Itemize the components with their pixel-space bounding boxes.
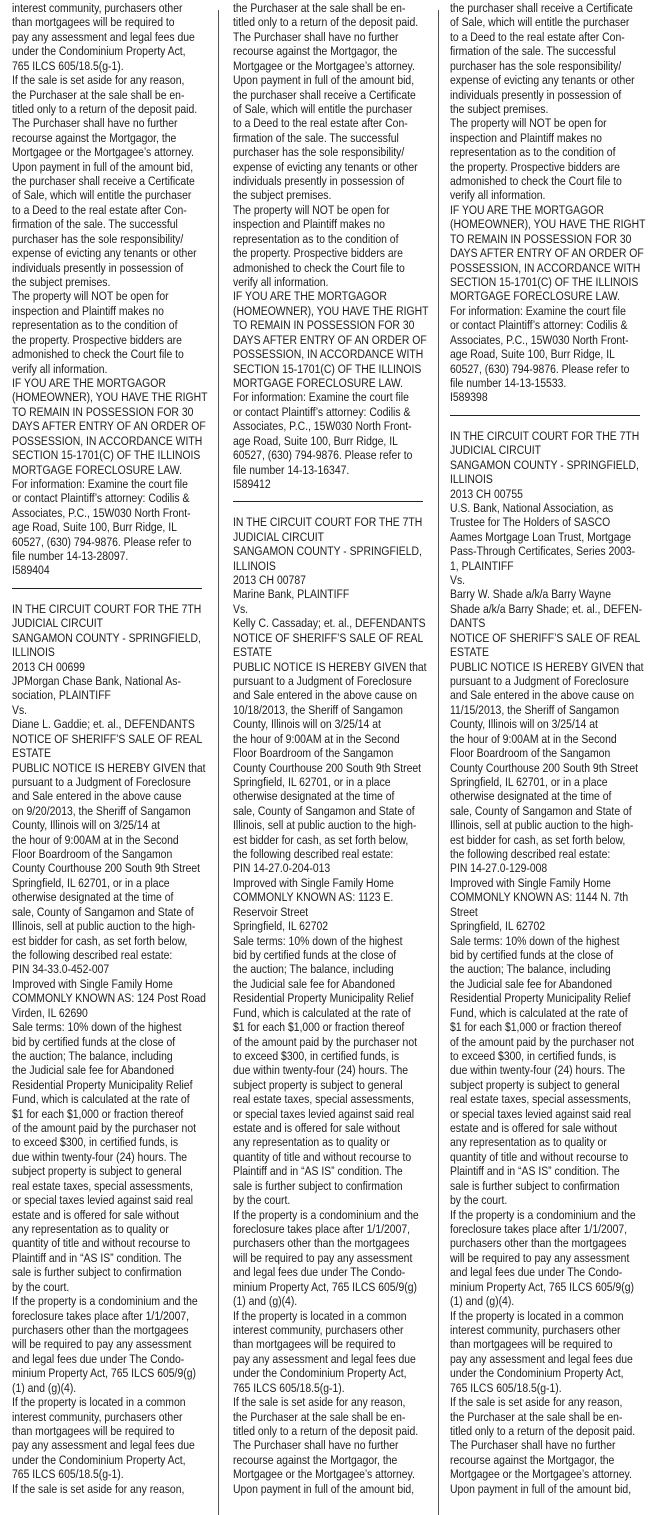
notice-text-line: under the Condominium Property Act, <box>233 1366 405 1380</box>
notice-text-line: Upon payment in full of the amount bid, <box>233 73 405 87</box>
notice-text-line: of Sale, which will entitle the purchase… <box>233 102 405 116</box>
notice-text-line: will be required to pay any assessment <box>450 1251 620 1265</box>
notice-text-line: bid by certified funds at the close of <box>12 1035 184 1049</box>
notice-text-line: est bidder for cash, as set forth below, <box>450 833 620 847</box>
notice-text-line: U.S. Bank, National Association, as <box>450 501 620 515</box>
notice-text-line: POSSESSION, IN ACCORDANCE WITH <box>233 347 405 361</box>
notice-text-line: to a Deed to the real estate after Con- <box>450 30 620 44</box>
notice-text-line: 765 ILCS 605/18.5(g-1). <box>12 1467 184 1481</box>
notice-text-line: the Purchaser at the sale shall be en- <box>233 1 405 15</box>
notice-text-line: Plaintiff and in “AS IS” condition. The <box>233 1164 405 1178</box>
notice-text-line: under the Condominium Property Act, <box>12 1453 184 1467</box>
notice-text-line: I589398 <box>450 390 620 404</box>
notice-text-line: The Purchaser shall have no further <box>233 30 405 44</box>
notice-text-line: individuals presently in possession of <box>12 261 184 275</box>
notice-text-line: County Courthouse 200 South 9th Street <box>12 861 184 875</box>
notice-text-line: recourse against the Mortgagor, the <box>12 131 184 145</box>
notice-text-line: of the amount paid by the purchaser not <box>233 1035 405 1049</box>
notice-text-line: real estate taxes, special assessments, <box>450 1092 620 1106</box>
legal-notices-page: interest community, purchasers otherthan… <box>0 0 652 1515</box>
notice-text-line: pay any assessment and legal fees due <box>233 1352 405 1366</box>
notice-text-line: Associates, P.C., 15W030 North Front- <box>12 506 184 520</box>
notice-text-line: NOTICE OF SHERIFF’S SALE OF REAL <box>450 631 620 645</box>
notice-text-line: quantity of title and without recourse t… <box>12 1236 184 1250</box>
legal-notice: IN THE CIRCUIT COURT FOR THE 7THJUDICIAL… <box>12 602 217 1496</box>
notice-text-line: and legal fees due under The Condo- <box>12 1352 184 1366</box>
notice-text-line: Floor Boardroom of the Sangamon <box>450 746 620 760</box>
notice-text-line: interest community, purchasers other <box>450 1323 620 1337</box>
notice-text-line: Fund, which is calculated at the rate of <box>12 1092 184 1106</box>
notice-text-line: to exceed $300, in certified funds, is <box>233 1049 405 1063</box>
notice-text-line: or contact Plaintiff’s attorney: Codilis… <box>450 318 620 332</box>
notice-text-line: Associates, P.C., 15W030 North Front- <box>450 333 620 347</box>
notice-text-line: Sale terms: 10% down of the highest <box>233 934 405 948</box>
column-3: the purchaser shall receive a Certificat… <box>450 0 652 1515</box>
notice-text-line: Residential Property Municipality Relief <box>450 991 620 1005</box>
notice-text-line: est bidder for cash, as set forth below, <box>233 833 405 847</box>
notice-text-line: under the Condominium Property Act, <box>12 44 184 58</box>
notice-text-line: JUDICIAL CIRCUIT <box>12 616 184 630</box>
notice-text-line: DAYS AFTER ENTRY OF AN ORDER OF <box>233 333 405 347</box>
notice-text-line: ILLINOIS <box>450 472 620 486</box>
notice-text-line: 2013 CH 00787 <box>233 573 405 587</box>
notice-text-line: MORTGAGE FORECLOSURE LAW. <box>12 463 184 477</box>
notice-text-line: PIN 34-33.0-452-007 <box>12 962 184 976</box>
legal-notice-continuation: interest community, purchasers otherthan… <box>12 1 217 578</box>
notice-text-line: County, Illinois will on 3/25/14 at <box>12 818 184 832</box>
notice-text-line: Illinois, sell at public auction to the … <box>450 818 620 832</box>
notice-text-line: titled only to a return of the deposit p… <box>12 102 184 116</box>
notice-text-line: quantity of title and without recourse t… <box>233 1150 405 1164</box>
legal-notice-continuation: the Purchaser at the sale shall be en-ti… <box>233 1 438 491</box>
notice-text-line: the Purchaser at the sale shall be en- <box>233 1410 405 1424</box>
notice-text-line: admonished to check the Court file to <box>12 347 184 361</box>
notice-text-line: DAYS AFTER ENTRY OF AN ORDER OF <box>12 419 184 433</box>
notice-text-line: sale, County of Sangamon and State of <box>233 804 405 818</box>
notice-text-line: subject property is subject to general <box>12 1164 184 1178</box>
notice-text-line: sale is further subject to confirmation <box>12 1265 184 1279</box>
notice-text-line: the auction; The balance, including <box>450 962 620 976</box>
notice-text-line: pay any assessment and legal fees due <box>12 30 184 44</box>
notice-text-line: For information: Examine the court file <box>450 304 620 318</box>
column-1: interest community, purchasers otherthan… <box>12 0 217 1515</box>
notice-text-line: pursuant to a Judgment of Foreclosure <box>12 775 184 789</box>
notice-text-line: purchaser has the sole responsibility/ <box>450 59 620 73</box>
notice-text-line: to exceed $300, in certified funds, is <box>12 1135 184 1149</box>
notice-text-line: IF YOU ARE THE MORTGAGOR <box>233 289 405 303</box>
notice-text-line: or contact Plaintiff’s attorney: Codilis… <box>233 405 405 419</box>
notice-text-line: NOTICE OF SHERIFF’S SALE OF REAL <box>12 732 184 746</box>
notice-text-line: If the sale is set aside for any reason, <box>12 1482 184 1496</box>
notice-text-line: PUBLIC NOTICE IS HEREBY GIVEN that <box>450 660 620 674</box>
notice-text-line: The Purchaser shall have no further <box>12 116 184 130</box>
column-2: the Purchaser at the sale shall be en-ti… <box>233 0 438 1515</box>
notice-text-line: the purchaser shall receive a Certificat… <box>233 88 405 102</box>
notice-text-line: purchaser has the sole responsibility/ <box>233 145 405 159</box>
notice-text-line: representation as to the condition of <box>450 145 620 159</box>
notice-text-line: IN THE CIRCUIT COURT FOR THE 7TH <box>12 602 184 616</box>
notice-text-line: otherwise designated at the time of <box>450 789 620 803</box>
notice-text-line: individuals presently in possession of <box>450 88 620 102</box>
notice-text-line: inspection and Plaintiff makes no <box>450 131 620 145</box>
notice-text-line: and Sale entered in the above cause <box>12 789 184 803</box>
notice-text-line: (HOMEOWNER), YOU HAVE THE RIGHT <box>233 304 405 318</box>
notice-text-line: due within twenty-four (24) hours. The <box>450 1063 620 1077</box>
notice-text-line: admonished to check the Court file to <box>233 261 405 275</box>
notice-text-line: Aames Mortgage Loan Trust, Mortgage <box>450 530 620 544</box>
notice-text-line: est bidder for cash, as set forth below, <box>12 934 184 948</box>
notice-text-line: firmation of the sale. The successful <box>450 44 620 58</box>
notice-text-line: DAYS AFTER ENTRY OF AN ORDER OF <box>450 246 620 260</box>
notice-text-line: ESTATE <box>450 645 620 659</box>
notice-text-line: I589404 <box>12 563 184 577</box>
notice-text-line: minium Property Act, 765 ILCS 605/9(g) <box>450 1280 620 1294</box>
notice-text-line: County, Illinois will on 3/25/14 at <box>450 717 620 731</box>
notice-text-line: Pass-Through Certificates, Series 2003- <box>450 544 620 558</box>
notice-text-line: recourse against the Mortgagor, the <box>450 1453 620 1467</box>
notice-text-line: age Road, Suite 100, Burr Ridge, IL <box>12 520 184 534</box>
notice-text-line: TO REMAIN IN POSSESSION FOR 30 <box>450 232 620 246</box>
notice-text-line: PUBLIC NOTICE IS HEREBY GIVEN that <box>12 761 184 775</box>
notice-text-line: sociation, PLAINTIFF <box>12 688 184 702</box>
notice-text-line: sale, County of Sangamon and State of <box>12 905 184 919</box>
notice-text-line: 60527, (630) 794-9876. Please refer to <box>450 362 620 376</box>
notice-text-line: and legal fees due under The Condo- <box>450 1265 620 1279</box>
notice-text-line: titled only to a return of the deposit p… <box>233 1424 405 1438</box>
notice-text-line: 765 ILCS 605/18.5(g-1). <box>450 1381 620 1395</box>
notice-text-line: otherwise designated at the time of <box>233 789 405 803</box>
notice-text-line: IN THE CIRCUIT COURT FOR THE 7TH <box>450 429 620 443</box>
notice-text-line: than mortgagees will be required to <box>233 1337 405 1351</box>
notice-text-line: SANGAMON COUNTY - SPRINGFIELD, <box>12 631 184 645</box>
notice-text-line: firmation of the sale. The successful <box>233 131 405 145</box>
notice-separator-rule <box>233 501 423 502</box>
notice-text-line: Springfield, IL 62702 <box>233 919 405 933</box>
notice-text-line: Virden, IL 62690 <box>12 1006 184 1020</box>
notice-text-line: Mortgagee or the Mortgagee’s attorney. <box>233 59 405 73</box>
notice-text-line: representation as to the condition of <box>233 232 405 246</box>
notice-text-line: will be required to pay any assessment <box>12 1337 184 1351</box>
notice-text-line: POSSESSION, IN ACCORDANCE WITH <box>12 434 184 448</box>
notice-text-line: by the court. <box>233 1193 405 1207</box>
notice-text-line: Upon payment in full of the amount bid, <box>12 160 184 174</box>
notice-text-line: by the court. <box>12 1280 184 1294</box>
notice-separator-rule <box>12 588 202 589</box>
notice-text-line: 10/18/2013, the Sheriff of Sangamon <box>233 703 405 717</box>
notice-text-line: Fund, which is calculated at the rate of <box>450 1006 620 1020</box>
notice-text-line: interest community, purchasers other <box>12 1410 184 1424</box>
notice-text-line: verify all information. <box>233 275 405 289</box>
notice-text-line: minium Property Act, 765 ILCS 605/9(g) <box>12 1366 184 1380</box>
notice-text-line: of Sale, which will entitle the purchase… <box>450 15 620 29</box>
notice-text-line: The property will NOT be open for <box>233 203 405 217</box>
notice-text-line: otherwise designated at the time of <box>12 890 184 904</box>
notice-text-line: If the property is located in a common <box>450 1309 620 1323</box>
notice-text-line: than mortgagees will be required to <box>12 1424 184 1438</box>
notice-text-line: the auction; The balance, including <box>233 962 405 976</box>
notice-text-line: any representation as to quality or <box>12 1222 184 1236</box>
notice-text-line: the Judicial sale fee for Abandoned <box>12 1063 184 1077</box>
notice-text-line: PIN 14-27.0-129-008 <box>450 861 620 875</box>
notice-text-line: due within twenty-four (24) hours. The <box>233 1063 405 1077</box>
notice-text-line: the purchaser shall receive a Certificat… <box>12 174 184 188</box>
notice-text-line: 2013 CH 00699 <box>12 660 184 674</box>
notice-text-line: under the Condominium Property Act, <box>450 1366 620 1380</box>
notice-text-line: ESTATE <box>12 746 184 760</box>
notice-text-line: Mortgagee or the Mortgagee’s attorney. <box>233 1467 405 1481</box>
notice-text-line: expense of evicting any tenants or other <box>450 73 620 87</box>
notice-text-line: Floor Boardroom of the Sangamon <box>12 847 184 861</box>
notice-text-line: the subject premises. <box>450 102 620 116</box>
notice-text-line: file number 14-13-15533. <box>450 376 620 390</box>
notice-text-line: $1 for each $1,000 or fraction thereof <box>233 1020 405 1034</box>
notice-text-line: of the amount paid by the purchaser not <box>450 1035 620 1049</box>
notice-text-line: 11/15/2013, the Sheriff of Sangamon <box>450 703 620 717</box>
notice-text-line: (HOMEOWNER), YOU HAVE THE RIGHT <box>450 217 620 231</box>
notice-text-line: (1) and (g)(4). <box>233 1294 405 1308</box>
notice-text-line: of Sale, which will entitle the purchase… <box>12 188 184 202</box>
notice-text-line: interest community, purchasers other <box>233 1323 405 1337</box>
notice-text-line: inspection and Plaintiff makes no <box>233 217 405 231</box>
notice-text-line: $1 for each $1,000 or fraction thereof <box>450 1020 620 1034</box>
notice-text-line: than mortgagees will be required to <box>450 1337 620 1351</box>
notice-text-line: purchaser has the sole responsibility/ <box>12 232 184 246</box>
notice-text-line: interest community, purchasers other <box>12 1 184 15</box>
notice-text-line: the property. Prospective bidders are <box>233 246 405 260</box>
notice-text-line: pursuant to a Judgment of Foreclosure <box>450 674 620 688</box>
notice-text-line: Vs. <box>450 573 620 587</box>
notice-text-line: If the property is located in a common <box>233 1309 405 1323</box>
notice-text-line: TO REMAIN IN POSSESSION FOR 30 <box>12 405 184 419</box>
notice-text-line: to a Deed to the real estate after Con- <box>233 116 405 130</box>
notice-text-line: the Purchaser at the sale shall be en- <box>450 1410 620 1424</box>
notice-text-line: titled only to a return of the deposit p… <box>450 1424 620 1438</box>
notice-text-line: Springfield, IL 62701, or in a place <box>233 775 405 789</box>
notice-text-line: or contact Plaintiff’s attorney: Codilis… <box>12 491 184 505</box>
notice-text-line: titled only to a return of the deposit p… <box>233 15 405 29</box>
notice-text-line: will be required to pay any assessment <box>233 1251 405 1265</box>
notice-text-line: County Courthouse 200 South 9th Street <box>233 761 405 775</box>
notice-text-line: 60527, (630) 794-9876. Please refer to <box>12 535 184 549</box>
notice-text-line: For information: Examine the court file <box>233 390 405 404</box>
notice-text-line: firmation of the sale. The successful <box>12 217 184 231</box>
column-divider <box>438 10 439 1515</box>
notice-text-line: Springfield, IL 62701, or in a place <box>450 775 620 789</box>
notice-text-line: the auction; The balance, including <box>12 1049 184 1063</box>
notice-text-line: Trustee for The Holders of SASCO <box>450 515 620 529</box>
notice-text-line: and legal fees due under The Condo- <box>233 1265 405 1279</box>
notice-text-line: Floor Boardroom of the Sangamon <box>233 746 405 760</box>
notice-text-line: I589412 <box>233 477 405 491</box>
notice-text-line: recourse against the Mortgagor, the <box>233 44 405 58</box>
notice-text-line: If the sale is set aside for any reason, <box>233 1395 405 1409</box>
notice-text-line: due within twenty-four (24) hours. The <box>12 1150 184 1164</box>
notice-text-line: any representation as to quality or <box>450 1135 620 1149</box>
notice-text-line: IF YOU ARE THE MORTGAGOR <box>12 376 184 390</box>
notice-text-line: subject property is subject to general <box>450 1078 620 1092</box>
notice-separator-rule <box>450 415 640 416</box>
notice-text-line: SECTION 15-1701(C) OF THE ILLINOIS <box>233 362 405 376</box>
notice-text-line: Improved with Single Family Home <box>233 876 405 890</box>
notice-text-line: the Purchaser at the sale shall be en- <box>12 88 184 102</box>
notice-text-line: Mortgagee or the Mortgagee’s attorney. <box>12 145 184 159</box>
notice-text-line: the following described real estate: <box>233 847 405 861</box>
notice-text-line: file number 14-13-16347. <box>233 463 405 477</box>
notice-text-line: COMMONLY KNOWN AS: 1123 E. <box>233 890 405 904</box>
notice-text-line: representation as to the condition of <box>12 318 184 332</box>
notice-text-line: age Road, Suite 100, Burr Ridge, IL <box>450 347 620 361</box>
notice-text-line: sale is further subject to confirmation <box>233 1179 405 1193</box>
notice-text-line: file number 14-13-28097. <box>12 549 184 563</box>
notice-text-line: the hour of 9:00AM at in the Second <box>12 833 184 847</box>
notice-text-line: Marine Bank, PLAINTIFF <box>233 587 405 601</box>
notice-text-line: individuals presently in possession of <box>233 174 405 188</box>
notice-text-line: sale, County of Sangamon and State of <box>450 804 620 818</box>
notice-text-line: ESTATE <box>233 645 405 659</box>
notice-text-line: minium Property Act, 765 ILCS 605/9(g) <box>233 1280 405 1294</box>
notice-text-line: verify all information. <box>12 362 184 376</box>
notice-text-line: If the property is a condominium and the <box>450 1208 620 1222</box>
notice-text-line: the property. Prospective bidders are <box>450 160 620 174</box>
notice-text-line: and Sale entered in the above cause on <box>450 688 620 702</box>
notice-text-line: Reservoir Street <box>233 905 405 919</box>
notice-text-line: recourse against the Mortgagor, the <box>233 1453 405 1467</box>
notice-text-line: SANGAMON COUNTY - SPRINGFIELD, <box>233 544 405 558</box>
notice-text-line: and Sale entered in the above cause on <box>233 688 405 702</box>
notice-text-line: Residential Property Municipality Relief <box>233 991 405 1005</box>
notice-text-line: sale is further subject to confirmation <box>450 1179 620 1193</box>
notice-text-line: the purchaser shall receive a Certificat… <box>450 1 620 15</box>
notice-text-line: If the property is located in a common <box>12 1395 184 1409</box>
notice-text-line: (HOMEOWNER), YOU HAVE THE RIGHT <box>12 390 184 404</box>
notice-text-line: Associates, P.C., 15W030 North Front- <box>233 419 405 433</box>
notice-text-line: foreclosure takes place after 1/1/2007, <box>233 1222 405 1236</box>
notice-text-line: DANTS <box>450 616 620 630</box>
notice-text-line: Plaintiff and in “AS IS” condition. The <box>12 1251 184 1265</box>
notice-text-line: 765 ILCS 605/18.5(g-1). <box>233 1381 405 1395</box>
notice-text-line: If the property is a condominium and the <box>233 1208 405 1222</box>
notice-text-line: Improved with Single Family Home <box>450 876 620 890</box>
notice-text-line: For information: Examine the court file <box>12 477 184 491</box>
legal-notice: IN THE CIRCUIT COURT FOR THE 7THJUDICIAL… <box>450 429 652 1496</box>
notice-text-line: Plaintiff and in “AS IS” condition. The <box>450 1164 620 1178</box>
notice-text-line: Illinois, sell at public auction to the … <box>233 818 405 832</box>
notice-text-line: County Courthouse 200 South 9th Street <box>450 761 620 775</box>
notice-text-line: the following described real estate: <box>12 948 184 962</box>
notice-text-line: JUDICIAL CIRCUIT <box>233 530 405 544</box>
notice-text-line: expense of evicting any tenants or other <box>12 246 184 260</box>
notice-text-line: TO REMAIN IN POSSESSION FOR 30 <box>233 318 405 332</box>
notice-text-line: Fund, which is calculated at the rate of <box>233 1006 405 1020</box>
notice-text-line: the Judicial sale fee for Abandoned <box>233 977 405 991</box>
notice-text-line: Springfield, IL 62702 <box>450 919 620 933</box>
notice-text-line: If the property is a condominium and the <box>12 1294 184 1308</box>
notice-text-line: The Purchaser shall have no further <box>450 1438 620 1452</box>
notice-text-line: NOTICE OF SHERIFF’S SALE OF REAL <box>233 631 405 645</box>
notice-text-line: pay any assessment and legal fees due <box>450 1352 620 1366</box>
notice-text-line: than mortgagees will be required to <box>12 15 184 29</box>
notice-text-line: Upon payment in full of the amount bid, <box>233 1482 405 1496</box>
notice-text-line: Sale terms: 10% down of the highest <box>12 1020 184 1034</box>
notice-text-line: COMMONLY KNOWN AS: 124 Post Road <box>12 991 184 1005</box>
notice-text-line: JPMorgan Chase Bank, National As- <box>12 674 184 688</box>
notice-text-line: SANGAMON COUNTY - SPRINGFIELD, <box>450 458 620 472</box>
notice-text-line: Illinois, sell at public auction to the … <box>12 919 184 933</box>
notice-text-line: foreclosure takes place after 1/1/2007, <box>12 1309 184 1323</box>
legal-notice-continuation: the purchaser shall receive a Certificat… <box>450 1 652 405</box>
notice-text-line: or special taxes levied against said rea… <box>12 1193 184 1207</box>
notice-text-line: to a Deed to the real estate after Con- <box>12 203 184 217</box>
notice-text-line: COMMONLY KNOWN AS: 1144 N. 7th <box>450 890 620 904</box>
notice-text-line: (1) and (g)(4). <box>12 1381 184 1395</box>
notice-text-line: The Purchaser shall have no further <box>233 1438 405 1452</box>
notice-text-line: Barry W. Shade a/k/a Barry Wayne <box>450 587 620 601</box>
notice-text-line: The property will NOT be open for <box>12 289 184 303</box>
notice-text-line: County, Illinois will on 3/25/14 at <box>233 717 405 731</box>
notice-text-line: to exceed $300, in certified funds, is <box>450 1049 620 1063</box>
notice-text-line: IN THE CIRCUIT COURT FOR THE 7TH <box>233 515 405 529</box>
notice-text-line: the following described real estate: <box>450 847 620 861</box>
notice-text-line: Residential Property Municipality Relief <box>12 1078 184 1092</box>
notice-text-line: Street <box>450 905 620 919</box>
notice-text-line: PIN 14-27.0-204-013 <box>233 861 405 875</box>
notice-text-line: subject property is subject to general <box>233 1078 405 1092</box>
notice-text-line: SECTION 15-1701(C) OF THE ILLINOIS <box>12 448 184 462</box>
notice-text-line: 60527, (630) 794-9876. Please refer to <box>233 448 405 462</box>
notice-text-line: Vs. <box>233 602 405 616</box>
notice-text-line: purchasers other than the mortgagees <box>233 1236 405 1250</box>
notice-text-line: estate and is offered for sale without <box>450 1121 620 1135</box>
column-divider <box>218 10 219 1515</box>
notice-text-line: the subject premises. <box>233 188 405 202</box>
notice-text-line: Improved with Single Family Home <box>12 977 184 991</box>
notice-text-line: or special taxes levied against said rea… <box>450 1107 620 1121</box>
notice-text-line: on 9/20/2013, the Sheriff of Sangamon <box>12 804 184 818</box>
notice-text-line: estate and is offered for sale without <box>233 1121 405 1135</box>
notice-text-line: the Judicial sale fee for Abandoned <box>450 977 620 991</box>
notice-text-line: MORTGAGE FORECLOSURE LAW. <box>233 376 405 390</box>
notice-text-line: real estate taxes, special assessments, <box>233 1092 405 1106</box>
notice-text-line: purchasers other than the mortgagees <box>12 1323 184 1337</box>
notice-text-line: purchasers other than the mortgagees <box>450 1236 620 1250</box>
notice-text-line: the subject premises. <box>12 275 184 289</box>
notice-text-line: If the sale is set aside for any reason, <box>450 1395 620 1409</box>
notice-text-line: the hour of 9:00AM at in the Second <box>233 732 405 746</box>
notice-text-line: Mortgagee or the Mortgagee’s attorney. <box>450 1467 620 1481</box>
notice-text-line: inspection and Plaintiff makes no <box>12 304 184 318</box>
notice-text-line: any representation as to quality or <box>233 1135 405 1149</box>
notice-text-line: bid by certified funds at the close of <box>233 948 405 962</box>
notice-text-line: The property will NOT be open for <box>450 116 620 130</box>
notice-text-line: JUDICIAL CIRCUIT <box>450 443 620 457</box>
notice-text-line: of the amount paid by the purchaser not <box>12 1121 184 1135</box>
notice-text-line: the property. Prospective bidders are <box>12 333 184 347</box>
notice-text-line: 2013 CH 00755 <box>450 487 620 501</box>
notice-text-line: (1) and (g)(4). <box>450 1294 620 1308</box>
notice-text-line: ILLINOIS <box>12 645 184 659</box>
notice-text-line: Diane L. Gaddie; et. al., DEFENDANTS <box>12 717 184 731</box>
notice-text-line: verify all information. <box>450 188 620 202</box>
notice-text-line: $1 for each $1,000 or fraction thereof <box>12 1107 184 1121</box>
notice-text-line: pursuant to a Judgment of Foreclosure <box>233 674 405 688</box>
notice-text-line: expense of evicting any tenants or other <box>233 160 405 174</box>
notice-text-line: Upon payment in full of the amount bid, <box>450 1482 620 1496</box>
notice-text-line: foreclosure takes place after 1/1/2007, <box>450 1222 620 1236</box>
notice-text-line: If the sale is set aside for any reason, <box>12 73 184 87</box>
notice-text-line: bid by certified funds at the close of <box>450 948 620 962</box>
notice-text-line: ILLINOIS <box>233 559 405 573</box>
notice-text-line: 1, PLAINTIFF <box>450 559 620 573</box>
